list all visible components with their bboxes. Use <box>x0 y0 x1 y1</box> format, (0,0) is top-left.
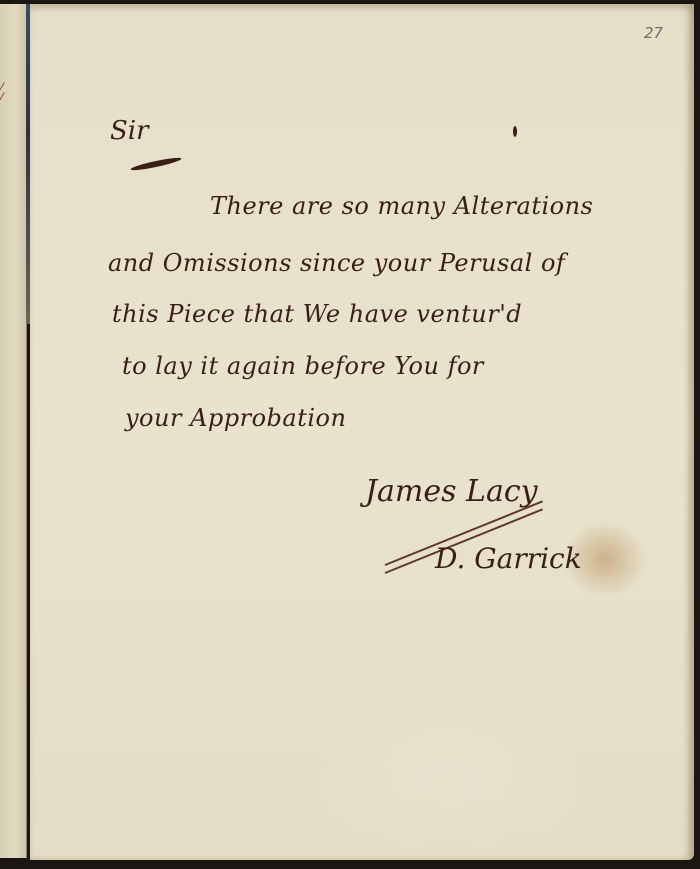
previous-page-edge: ⁄⁄ <box>0 4 27 858</box>
signature-james-lacy: James Lacy <box>365 474 538 509</box>
page-number: 27 <box>644 24 663 42</box>
salutation-flourish <box>130 156 182 173</box>
letter-line-2: and Omissions since your Perusal of <box>108 249 565 277</box>
letter-line-1: There are so many Alterations <box>210 192 593 220</box>
signature-d-garrick: D. Garrick <box>435 542 582 575</box>
letter-line-4: to lay it again before You for <box>122 352 484 380</box>
salutation: Sir <box>110 116 149 146</box>
letter-line-3: this Piece that We have ventur'd <box>112 300 522 328</box>
ink-marks: ⁄⁄ <box>0 84 2 104</box>
letter-line-5: your Approbation <box>125 404 346 432</box>
manuscript-page: 27 Sir There are so many Alterations and… <box>30 4 694 860</box>
ink-blot <box>513 126 517 137</box>
